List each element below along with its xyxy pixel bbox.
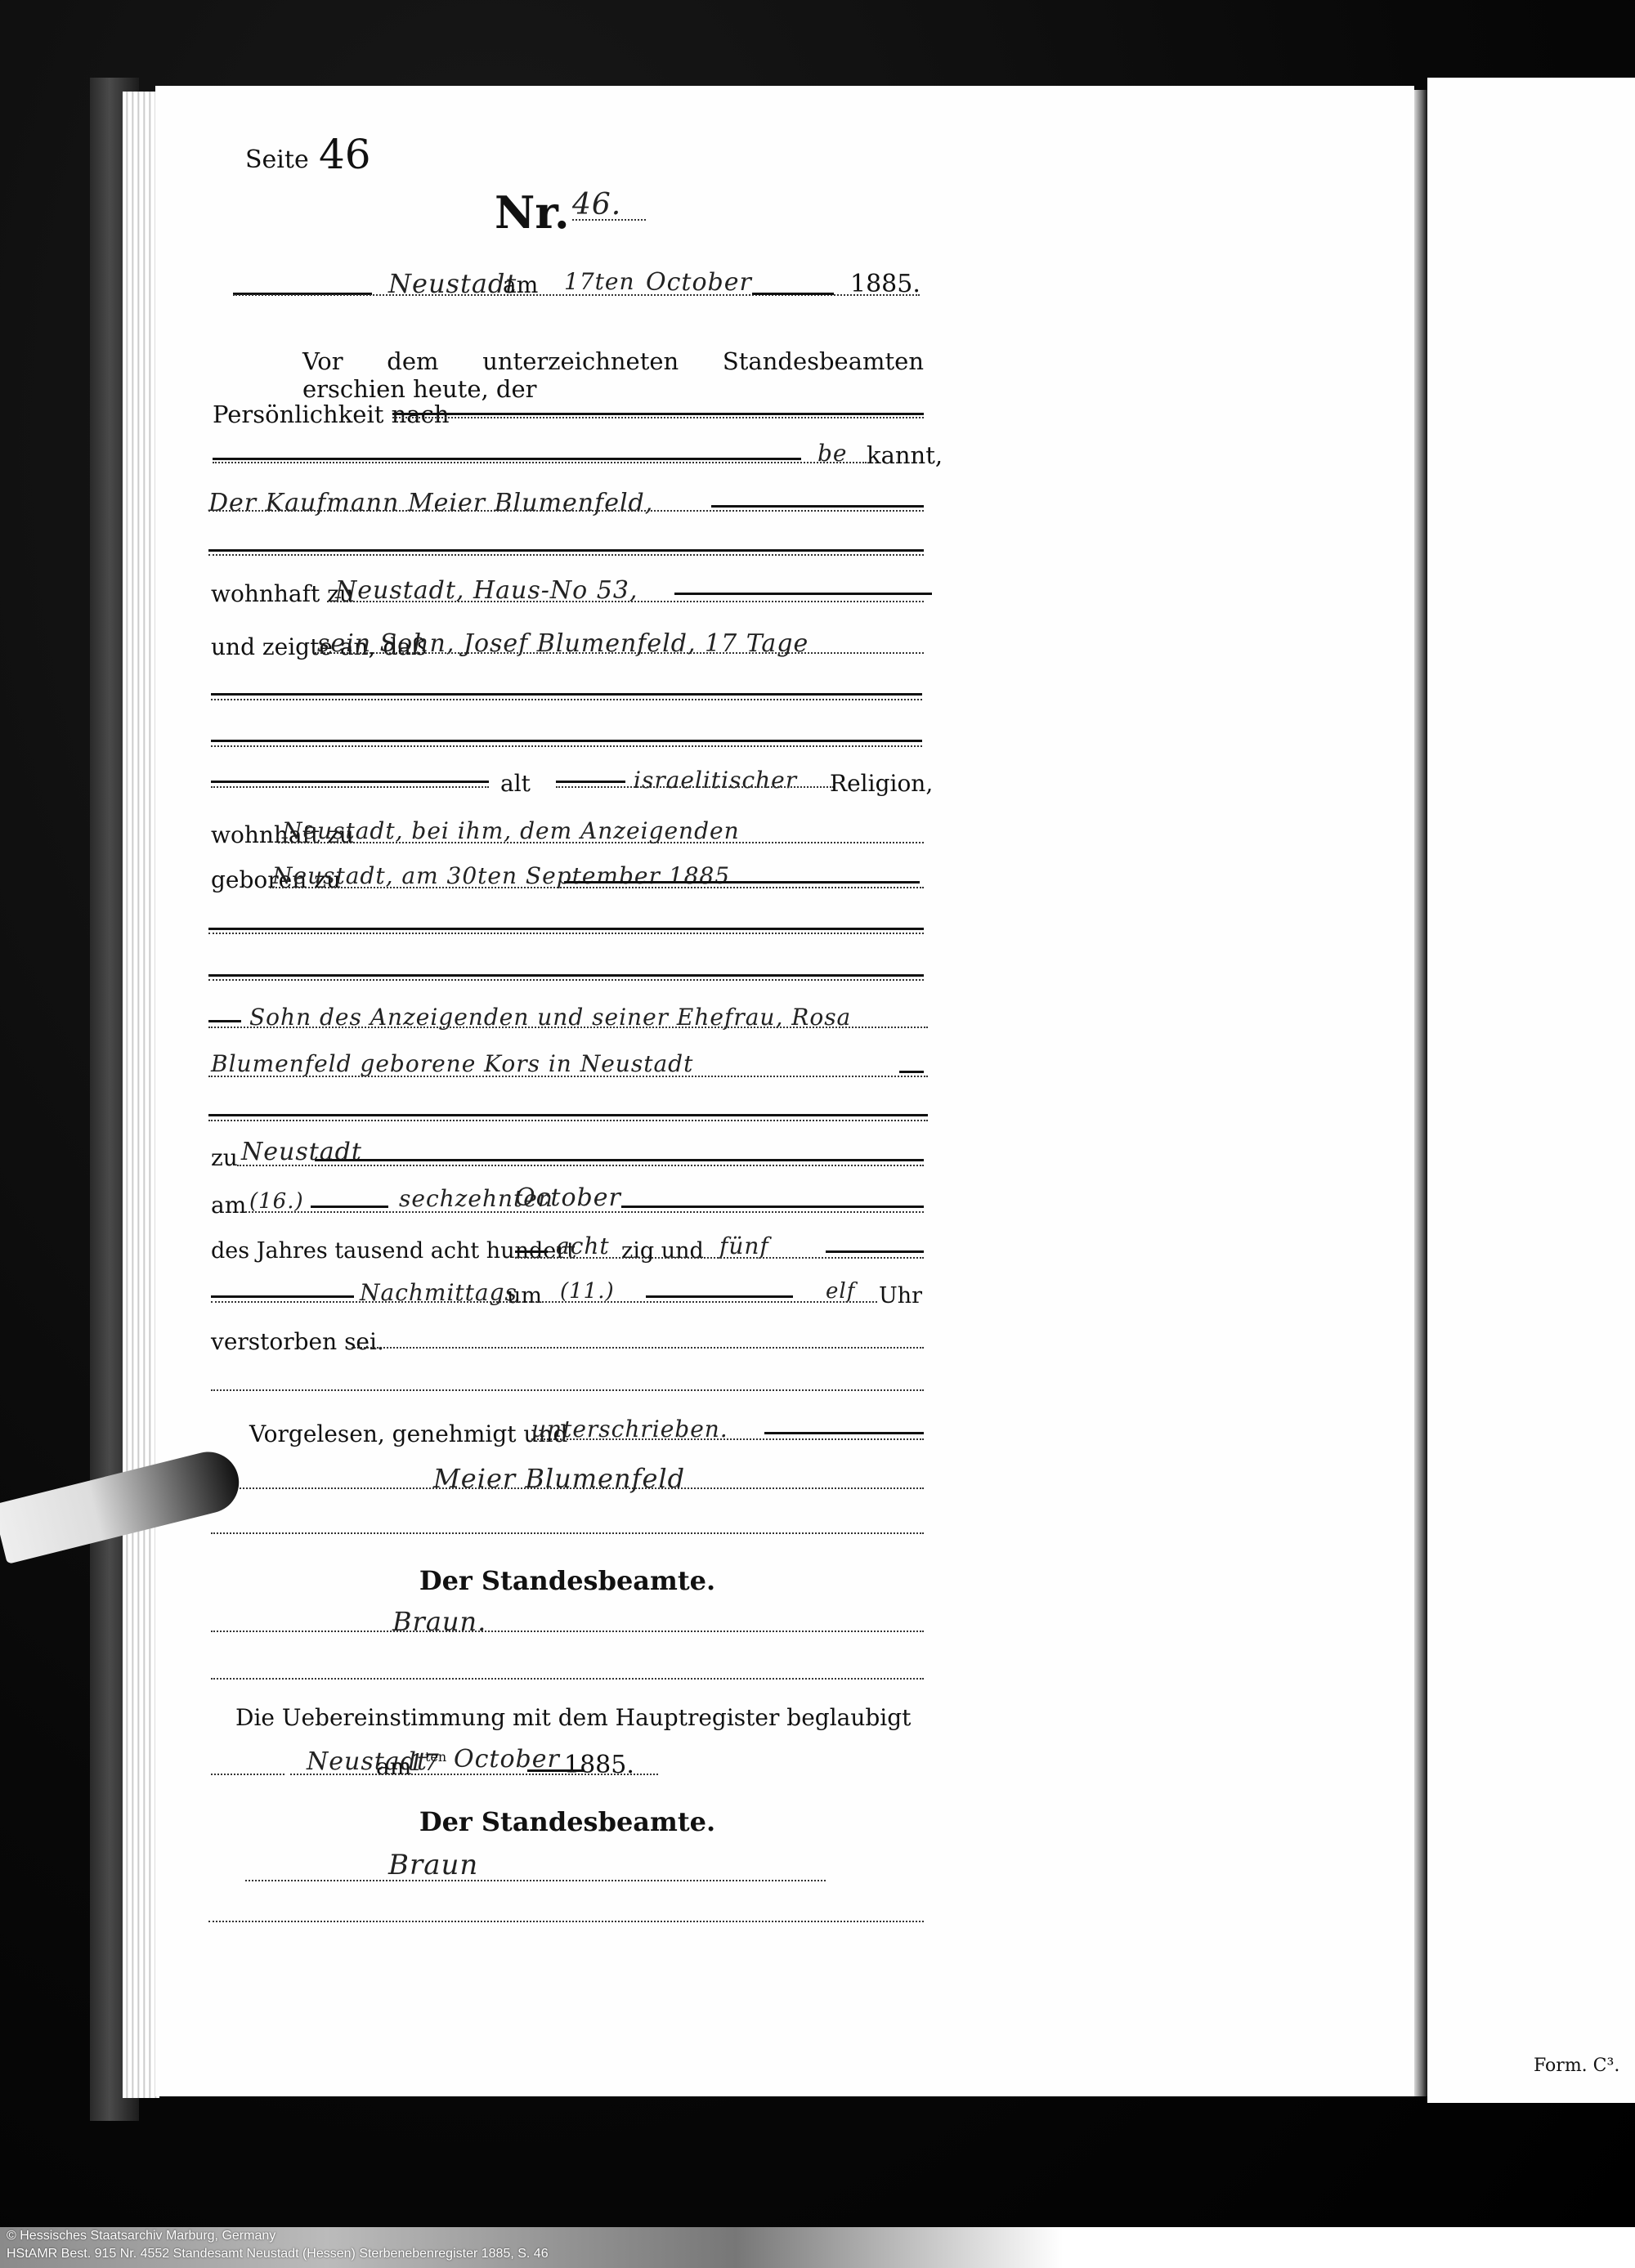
rule [211, 781, 489, 783]
official-title: Der Standesbeamte. [211, 1565, 924, 1596]
dotted-rule [211, 745, 922, 747]
dotted-rule [208, 510, 924, 512]
dotted-rule [270, 887, 924, 888]
dotted-rule [211, 1487, 924, 1489]
rule [674, 593, 932, 595]
page-number: 46 [319, 131, 371, 178]
rule [311, 1206, 388, 1208]
dotted-rule [352, 1347, 924, 1349]
dotted-rule [237, 1165, 924, 1166]
dotted-rule [556, 786, 834, 788]
dotted-rule [211, 786, 489, 788]
dotted-rule [211, 1678, 924, 1680]
official-signature: Braun. [392, 1606, 486, 1637]
rule [208, 1114, 928, 1116]
dotted-rule [208, 1027, 928, 1028]
dotted-rule [290, 1774, 658, 1775]
um-label: um [507, 1283, 542, 1308]
dotted-rule [208, 554, 924, 556]
kannt-label: kannt, [867, 441, 943, 469]
dotted-rule [245, 1880, 826, 1881]
rule [208, 928, 924, 930]
declarant-signature: Meier Blumenfeld [433, 1463, 685, 1494]
dotted-rule [208, 933, 924, 934]
rule [556, 781, 625, 783]
dotted-rule [211, 699, 922, 700]
certification-official-title: Der Standesbeamte. [211, 1806, 924, 1837]
rule [392, 413, 924, 415]
hour-word: elf [826, 1279, 855, 1304]
rule [564, 881, 920, 883]
age-label: alt [500, 770, 531, 797]
am-label: am [503, 271, 538, 298]
uhr-label: Uhr [879, 1283, 922, 1308]
rule [208, 549, 924, 552]
record-day: 17ten [564, 268, 634, 295]
rule [515, 1250, 548, 1253]
dotted-rule [208, 979, 924, 981]
declarant-name: Der Kaufmann Meier Blumenfeld, [208, 489, 653, 517]
certification-ten: ten [425, 1749, 446, 1765]
rule [208, 974, 924, 977]
dotted-rule [211, 1389, 924, 1391]
dotted-rule [208, 1921, 924, 1922]
dotted-rule [208, 1076, 928, 1077]
right-page: Form. C³. [1427, 78, 1635, 2103]
kannt-prefix: be [817, 440, 848, 467]
dotted-rule [211, 1774, 284, 1775]
religion-value: israelitischer [634, 767, 797, 794]
certification-official-signature: Braun [388, 1849, 478, 1881]
certification-statement: Die Uebereinstimmung mit dem Hauptregist… [235, 1704, 911, 1731]
copyright-notice: © Hessisches Staatsarchiv Marburg, Germa… [7, 2229, 275, 2243]
rule [752, 293, 834, 295]
dotted-rule [315, 652, 924, 654]
death-place-label: zu [211, 1144, 238, 1171]
dotted-rule [211, 1631, 924, 1632]
record-place: Neustadt [388, 268, 517, 299]
rule [826, 1250, 924, 1253]
dotted-rule [327, 601, 924, 602]
dotted-rule [208, 1120, 928, 1121]
death-am-label: am [211, 1192, 246, 1219]
book-gutter [1414, 90, 1427, 2096]
closing-label: Vorgelesen, genehmigt und [249, 1420, 567, 1447]
dotted-rule [213, 462, 867, 463]
rule [211, 1295, 354, 1298]
entry-number-label: Nr. [495, 186, 570, 239]
certification-am: am [376, 1753, 411, 1780]
form-mark: Form. C³. [1534, 2056, 1619, 2076]
rule [208, 1020, 241, 1022]
birth-value: Neustadt, am 30ten September 1885 [272, 862, 730, 889]
rule [764, 1432, 924, 1434]
archive-citation: HStAMR Best. 915 Nr. 4552 Standesamt Neu… [7, 2247, 549, 2261]
death-month: October [515, 1183, 621, 1212]
zig-und-label: zig und [621, 1238, 704, 1264]
entry-number-value: 46. [572, 188, 621, 221]
intro-line: Vor dem unterzeichneten Standesbeamten e… [302, 347, 924, 403]
rule [621, 1206, 924, 1208]
record-year: 1885. [850, 270, 921, 298]
rule [315, 1159, 924, 1161]
dotted-rule [531, 1438, 924, 1440]
dotted-rule [211, 1532, 924, 1534]
parents-line-2: Blumenfeld geborene Kors in Neustadt [211, 1050, 693, 1077]
verstorben-label: verstorben sei. [211, 1328, 384, 1355]
dotted-rule [515, 1257, 924, 1259]
rule [211, 740, 922, 742]
deceased-residence: Neustadt, bei ihm, dem Anzeigenden [282, 817, 740, 844]
year-units: fünf [719, 1232, 769, 1259]
dotted-rule [211, 1301, 877, 1303]
dotted-rule [245, 1211, 924, 1213]
entry-number-line [572, 219, 646, 221]
dotted-rule [278, 842, 924, 843]
rule [711, 505, 924, 508]
hour-number: (11.) [560, 1279, 615, 1304]
religion-label: Religion, [830, 770, 933, 797]
dotted-rule [392, 417, 924, 418]
rule [213, 458, 801, 460]
page-stack-edge [123, 92, 159, 2098]
rule [211, 693, 922, 696]
year-tens: acht [556, 1232, 610, 1259]
rule [899, 1071, 924, 1073]
record-month: October [646, 268, 752, 297]
death-place: Neustadt [241, 1138, 362, 1166]
rule [646, 1295, 793, 1298]
archive-footer: © Hessisches Staatsarchiv Marburg, Germa… [0, 2227, 1635, 2268]
death-day-number: (16.) [249, 1189, 304, 1214]
residence-label: wohnhaft zu [211, 580, 354, 607]
page-label: Seite [245, 145, 309, 174]
